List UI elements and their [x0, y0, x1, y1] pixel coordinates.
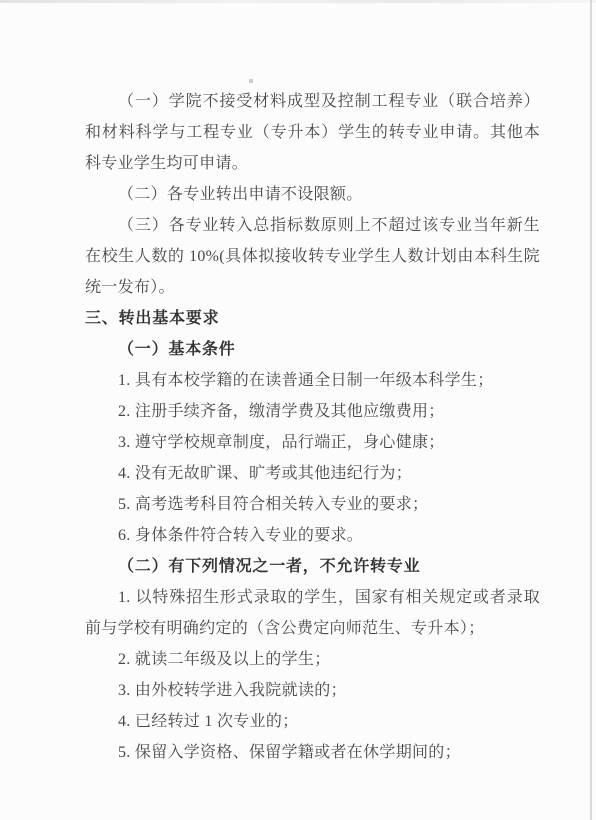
condition-item-1: 1. 具有本校学籍的在读普通全日制一年级本科学生； [85, 365, 540, 396]
condition-item-5: 5. 高考选考科目符合相关转入专业的要求； [85, 489, 540, 520]
subsection-heading-basic-conditions: （一）基本条件 [85, 334, 540, 365]
scan-artifact-top-band [0, 0, 596, 3]
document-text-block: （一）学院不接受材料成型及控制工程专业（联合培养） 和材料科学与工程专业（专升本… [85, 86, 540, 768]
restriction-item-5: 5. 保留入学资格、保留学籍或者在休学期间的； [85, 737, 540, 768]
restriction-item-1-line-2: 前与学校有明确约定的（含公费定向师范生、专升本）； [85, 613, 540, 644]
paragraph-item-1-line-1: （一）学院不接受材料成型及控制工程专业（联合培养） [85, 86, 540, 117]
condition-item-4: 4. 没有无故旷课、旷考或其他违纪行为； [85, 458, 540, 489]
restriction-item-2: 2. 就读二年级及以上的学生； [85, 644, 540, 675]
restriction-item-1-line-1: 1. 以特殊招生形式录取的学生，国家有相关规定或者录取 [85, 582, 540, 613]
condition-item-6: 6. 身体条件符合转入专业的要求。 [85, 520, 540, 551]
paragraph-item-3-line-2: 在校生人数的 10%(具体拟接收转专业学生人数计划由本科生院 [85, 241, 540, 272]
document-page: （一）学院不接受材料成型及控制工程专业（联合培养） 和材料科学与工程专业（专升本… [0, 0, 596, 820]
paragraph-item-1-line-3: 科专业学生均可申请。 [85, 148, 540, 179]
restriction-item-3: 3. 由外校转学进入我院就读的； [85, 675, 540, 706]
paragraph-item-3-line-1: （三）各专业转入总指标数原则上不超过该专业当年新生 [85, 210, 540, 241]
restriction-item-4: 4. 已经转过 1 次专业的； [85, 706, 540, 737]
paragraph-item-1-line-2: 和材料科学与工程专业（专升本）学生的转专业申请。其他本 [85, 117, 540, 148]
condition-item-3: 3. 遵守学校规章制度，品行端正，身心健康； [85, 427, 540, 458]
subsection-heading-not-allowed: （二）有下列情况之一者，不允许转专业 [85, 551, 540, 582]
scan-artifact-right-edge-line [590, 0, 592, 820]
condition-item-2: 2. 注册手续齐备，缴清学费及其他应缴费用； [85, 396, 540, 427]
section-heading-3: 三、转出基本要求 [85, 303, 540, 334]
paragraph-item-2: （二）各专业转出申请不设限额。 [85, 179, 540, 210]
scan-artifact-speck [249, 79, 253, 83]
paragraph-item-3-line-3: 统一发布）。 [85, 272, 540, 303]
